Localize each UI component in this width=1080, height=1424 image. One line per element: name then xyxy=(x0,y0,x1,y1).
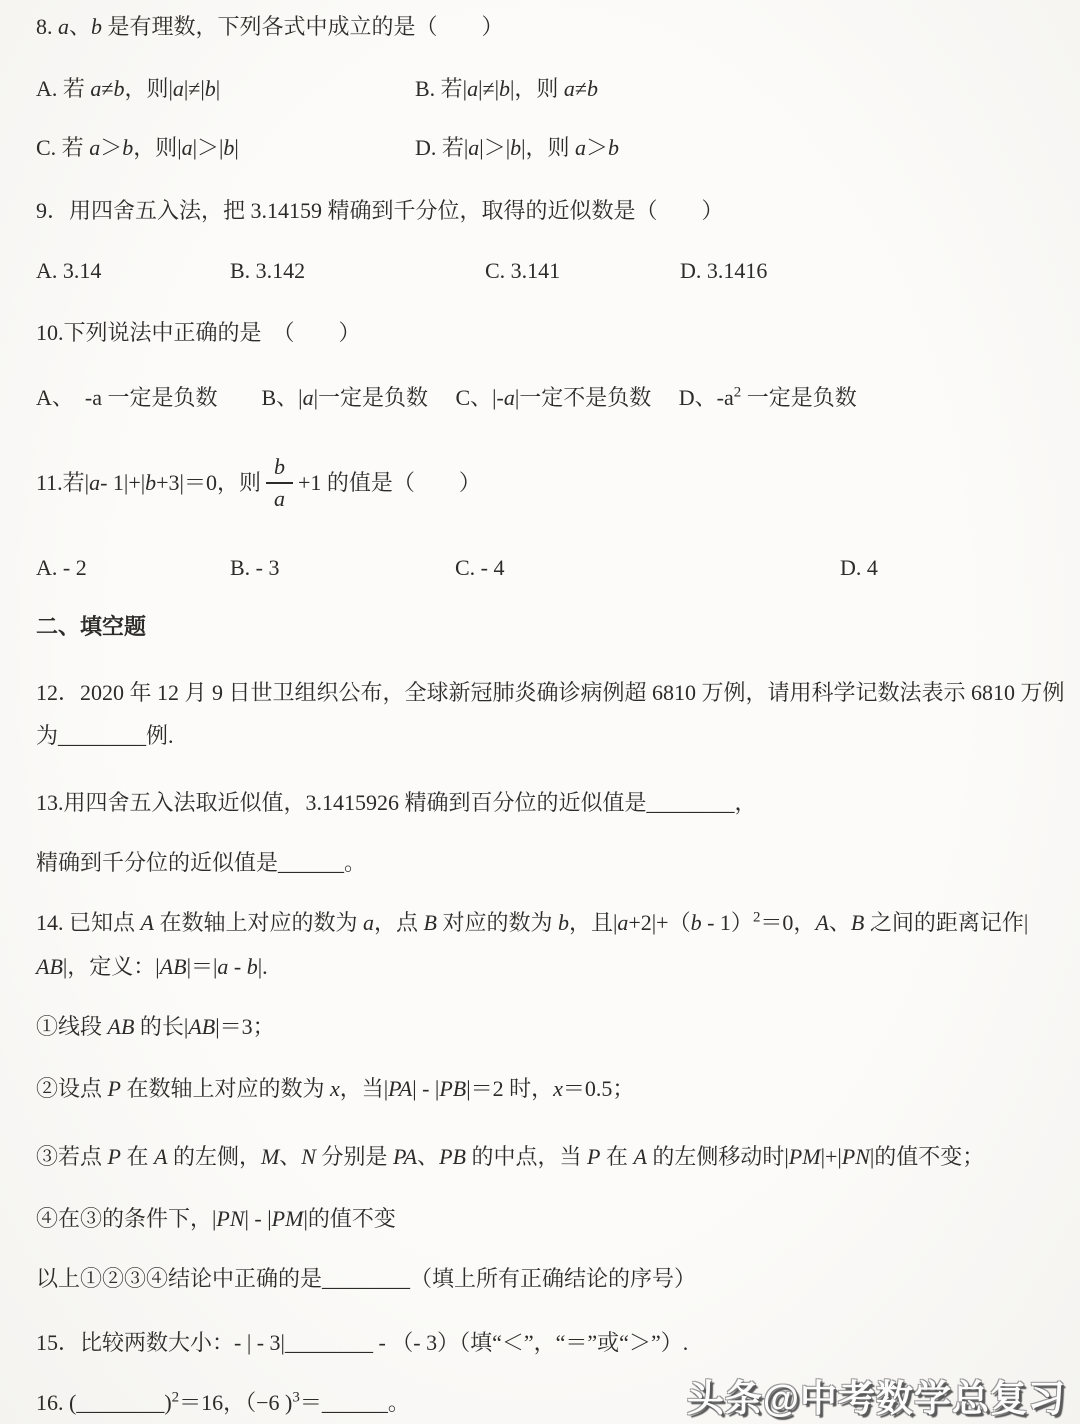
question-14-item-1: ①线段 AB 的长|AB|＝3； xyxy=(36,1012,275,1042)
question-8-option-d: D. 若|a|＞|b|，则 a＞b xyxy=(415,133,619,163)
question-11-option-c: C. - 4 xyxy=(455,553,505,583)
question-9-option-a: A. 3.14 xyxy=(36,256,101,286)
question-14-item-3: ③若点 P 在 A 的左侧，M、N 分别是 PA、PB 的中点，当 P 在 A … xyxy=(36,1142,984,1172)
question-9-option-b: B. 3.142 xyxy=(230,256,305,286)
question-12-line-2: 为________例. xyxy=(36,721,174,751)
question-10-options: A、 -a 一定是负数 B、|a|一定是负数 C、|-a|一定不是负数 D、-a… xyxy=(36,383,857,413)
question-9-stem: 9．用四舍五入法，把 3.14159 精确到千分位，取得的近似数是（ ） xyxy=(36,196,724,226)
question-11-option-a: A. - 2 xyxy=(36,553,87,583)
question-15-line: 15．比较两数大小：- | - 3|________ - （- 3）（填“＜”，… xyxy=(36,1328,688,1358)
question-14-item-2: ②设点 P 在数轴上对应的数为 x，当|PA| - |PB|＝2 时，x＝0.5… xyxy=(36,1074,634,1104)
question-8-stem: 8. a、b 是有理数，下列各式中成立的是（ ） xyxy=(36,12,504,42)
section-2-title: 二、填空题 xyxy=(36,612,146,642)
question-11-stem: 11.若|a - 1|+|b+3|＝0，则ba+1 的值是（ ） xyxy=(36,445,481,521)
question-12-line-1: 12．2020 年 12 月 9 日世卫组织公布，全球新冠肺炎确诊病例超 681… xyxy=(36,678,1065,708)
question-8-option-b: B. 若|a|≠|b|，则 a≠b xyxy=(415,74,598,104)
question-10-stem: 10.下列说法中正确的是 （ ） xyxy=(36,318,361,348)
question-11-option-b: B. - 3 xyxy=(230,553,280,583)
document-page: 8. a、b 是有理数，下列各式中成立的是（ ） A. 若 a≠b，则|a|≠|… xyxy=(0,0,1080,1424)
question-8-option-c: C. 若 a＞b，则|a|＞|b| xyxy=(36,133,239,163)
question-13-line-2: 精确到千分位的近似值是______。 xyxy=(36,848,366,878)
question-14-line-1: 14. 已知点 A 在数轴上对应的数为 a，点 B 对应的数为 b，且|a+2|… xyxy=(36,908,1028,938)
question-16-line: 16. (________)2＝16，（−6 )3＝______。 xyxy=(36,1388,410,1418)
question-13-line-1: 13.用四舍五入法取近似值，3.1415926 精确到百分位的近似值是_____… xyxy=(36,788,757,818)
question-14-item-4: ④在③的条件下，|PN| - |PM|的值不变 xyxy=(36,1204,396,1234)
question-11-option-d: D. 4 xyxy=(840,553,878,583)
question-8-option-a: A. 若 a≠b，则|a|≠|b| xyxy=(36,74,220,104)
question-14-line-2: AB|，定义：|AB|＝|a - b|. xyxy=(36,952,268,982)
watermark: 头条@中考数学总复习 xyxy=(687,1368,1066,1422)
question-9-option-d: D. 3.1416 xyxy=(680,256,767,286)
question-9-option-c: C. 3.141 xyxy=(485,256,560,286)
question-14-conclusion: 以上①②③④结论中正确的是________（填上所有正确结论的序号） xyxy=(36,1264,696,1294)
